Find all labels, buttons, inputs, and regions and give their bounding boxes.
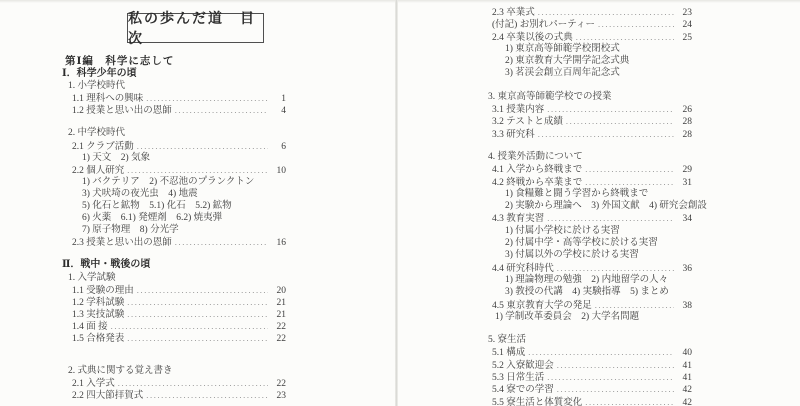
toc-entry: 4.3 教育実習34	[486, 212, 692, 224]
page-number: 42	[677, 397, 692, 406]
toc-sub-items: 6) 火薬 6.1) 発煙剤 6.2) 焼夷弾	[60, 212, 286, 224]
scanned-toc-spread: 私の歩んだ道 目次 第Ⅰ編 科学に志してⅠ．科学少年の頃1. 小学校時代1.1 …	[0, 0, 800, 406]
page-number: 21	[271, 309, 286, 321]
dot-leader	[175, 104, 268, 116]
toc-entry: 5.3 日常生活41	[486, 371, 692, 383]
toc-entry: 1.5 合格発表22	[60, 332, 286, 344]
toc-line-text: 2. 式典に関する覚え書き	[68, 365, 173, 377]
toc-part-heading: 第Ⅰ編 科学に志して	[60, 56, 286, 68]
toc-line-text: 2.1 入学式	[72, 378, 115, 390]
toc-entry: 3.1 授業内容26	[486, 103, 692, 115]
toc-section-heading: 4. 授業外活動について	[486, 151, 692, 163]
spacer	[60, 248, 286, 259]
spacer	[60, 116, 286, 127]
page-number: 25	[677, 32, 692, 44]
toc-sub-items: 3) 犬吠埼の夜光虫 4) 地震	[60, 188, 286, 200]
toc-entry: 2.1 入学式22	[60, 377, 286, 389]
dot-leader	[585, 163, 674, 175]
dot-leader	[137, 284, 268, 296]
page-number: 36	[677, 263, 692, 275]
toc-section-heading: 2. 式典に関する覚え書き	[60, 365, 286, 377]
toc-line-text: 2) 付属中学・高等学校に於ける実習	[505, 237, 658, 249]
spacer	[486, 80, 692, 91]
toc-chapter-heading: Ⅰ．科学少年の頃	[60, 68, 286, 80]
dot-leader	[547, 103, 674, 115]
toc-entry: (付記) お別れパーティー24	[486, 18, 692, 30]
toc-line-text: 3.1 授業内容	[492, 104, 544, 116]
toc-line-text: 1) 学制改革委員会 2) 大学名問題	[495, 311, 639, 323]
toc-line-text: 2.3 授業と思い出の恩師	[72, 237, 172, 249]
page-number: 28	[677, 129, 692, 141]
toc-sub-items: 1) 付属小学校に於ける実習	[486, 225, 692, 237]
toc-section-heading: 1. 小学校時代	[60, 80, 286, 92]
toc-sub-items: 1) 東京高等師範学校閉校式	[486, 43, 692, 55]
toc-left-page-column: 第Ⅰ編 科学に志してⅠ．科学少年の頃1. 小学校時代1.1 理科への興味11.2…	[60, 56, 286, 401]
toc-line-text: 1.2 学科試験	[72, 297, 124, 309]
toc-entry: 4.2 終戦から卒業まで31	[486, 176, 692, 188]
toc-line-text: 2.2 四大節拝賀式	[72, 390, 143, 402]
toc-line-text: 2) 実験から理論へ 3) 外国文献 4) 研究会創設	[505, 200, 707, 212]
toc-entry: 3.3 研究科28	[486, 128, 692, 140]
toc-entry: 1.2 学科試験21	[60, 296, 286, 308]
toc-sub-items: 1) 天文 2) 気象	[60, 152, 286, 164]
page-number: 29	[677, 164, 692, 176]
toc-entry: 4.5 東京教育大学の発足38	[486, 299, 692, 311]
toc-entry: 2.3 授業と思い出の恩師16	[60, 236, 286, 248]
dot-leader	[557, 383, 674, 395]
toc-line-text: 1) 付属小学校に於ける実習	[505, 225, 620, 237]
page-number: 21	[271, 297, 286, 309]
dot-leader	[127, 296, 268, 308]
toc-line-text: 7) 原子物理 8) 分光学	[82, 224, 179, 236]
page-number: 22	[271, 378, 286, 390]
toc-entry: 1.4 面 接22	[60, 320, 286, 332]
toc-line-text: 5.2 入寮歓迎会	[492, 360, 554, 372]
toc-line-text: Ⅰ．科学少年の頃	[62, 68, 137, 80]
toc-entry: 5.1 構成40	[486, 346, 692, 358]
dot-leader	[127, 164, 268, 176]
toc-line-text: 5.3 日常生活	[492, 372, 544, 384]
page-number: 20	[271, 285, 286, 297]
dot-leader	[146, 92, 268, 104]
page-gutter-divider	[395, 0, 398, 406]
spacer	[60, 344, 286, 365]
dot-leader	[127, 308, 268, 320]
toc-sub-items: 3) 茗渓会創立百周年記念式	[486, 67, 692, 79]
dot-leader	[547, 212, 674, 224]
page-number: 31	[677, 177, 692, 189]
toc-sub-items: 7) 原子物理 8) 分光学	[60, 224, 286, 236]
toc-sub-items: 2) 東京教育大学開学記念式典	[486, 55, 692, 67]
page-number: 23	[677, 7, 692, 19]
page-number: 16	[271, 237, 286, 249]
toc-chapter-heading: Ⅱ．戦中・戦後の頃	[60, 259, 286, 271]
page-number: 40	[677, 347, 692, 359]
dot-leader	[127, 332, 268, 344]
toc-line-text: 1) 天文 2) 気象	[82, 152, 150, 164]
toc-line-text: 3. 東京高等師範学校での授業	[488, 91, 612, 103]
dot-leader	[137, 140, 268, 152]
dot-leader	[528, 346, 674, 358]
dot-leader	[538, 128, 674, 140]
toc-line-text: 2. 中学校時代	[68, 127, 125, 139]
toc-line-text: 3.3 研究科	[492, 129, 535, 141]
toc-entry: 2.1 クラブ活動6	[60, 140, 286, 152]
toc-line-text: 3) 教授の代講 4) 実験指導 5) まとめ	[505, 286, 669, 298]
dot-leader	[585, 176, 674, 188]
toc-line-text: 3) 犬吠埼の夜光虫 4) 地震	[82, 188, 198, 200]
toc-entry: 2.4 卒業以後の式典25	[486, 31, 692, 43]
toc-entry: 5.4 寮での学習42	[486, 383, 692, 395]
spacer	[486, 323, 692, 334]
toc-line-text: 1. 入学試験	[68, 272, 116, 284]
toc-section-heading: 2. 中学校時代	[60, 127, 286, 139]
toc-line-text: 1. 小学校時代	[68, 80, 125, 92]
toc-line-text: 1) 東京高等師範学校閉校式	[505, 43, 620, 55]
toc-entry: 3.2 テストと成績28	[486, 115, 692, 127]
toc-line-text: 6) 火薬 6.1) 発煙剤 6.2) 焼夷弾	[82, 212, 222, 224]
toc-line-text: 4.1 入学から終戦まで	[492, 164, 582, 176]
dot-leader	[538, 6, 674, 18]
toc-line-text: 5. 寮生活	[488, 334, 526, 346]
dot-leader	[566, 115, 674, 127]
toc-sub-items: 2) 実験から理論へ 3) 外国文献 4) 研究会創設	[486, 200, 692, 212]
toc-title-box: 私の歩んだ道 目次	[127, 13, 264, 43]
toc-line-text: 1) 食糧難と闘う学習から終戦まで	[505, 188, 648, 200]
toc-line-text: 2.3 卒業式	[492, 7, 535, 19]
dot-leader	[585, 396, 674, 406]
toc-sub-items: 1) 学制改革委員会 2) 大学名問題	[486, 311, 692, 323]
toc-sub-items: 1) 食糧難と闘う学習から終戦まで	[486, 188, 692, 200]
page-number: 23	[271, 390, 286, 402]
toc-entry: 1.1 理科への興味1	[60, 92, 286, 104]
toc-entry: 1.1 受験の理由20	[60, 284, 286, 296]
toc-entry: 5.2 入寮歓迎会41	[486, 359, 692, 371]
page-number: 34	[677, 213, 692, 225]
toc-section-heading: 3. 東京高等師範学校での授業	[486, 91, 692, 103]
toc-line-text: 5.1 構成	[492, 347, 525, 359]
toc-entry: 5.5 寮生活と体質変化42	[486, 396, 692, 406]
toc-sub-items: 1) バクテリア 2) 不忍池のプランクトン	[60, 176, 286, 188]
page-number: 42	[677, 384, 692, 396]
page-number: 6	[271, 141, 286, 153]
toc-entry: 4.1 入学から終戦まで29	[486, 163, 692, 175]
toc-line-text: 1.4 面 接	[72, 321, 108, 333]
toc-sub-items: 2) 付属中学・高等学校に於ける実習	[486, 237, 692, 249]
toc-line-text: 2) 東京教育大学開学記念式典	[505, 55, 629, 67]
toc-sub-items: 3) 付属以外の学校に於ける実習	[486, 249, 692, 261]
dot-leader	[547, 371, 674, 383]
toc-line-text: 1.1 理科への興味	[72, 93, 143, 105]
toc-line-text: 1) バクテリア 2) 不忍池のプランクトン	[82, 176, 254, 188]
dot-leader	[595, 299, 674, 311]
toc-entry: 2.3 卒業式23	[486, 6, 692, 18]
toc-sub-items: 3) 教授の代講 4) 実験指導 5) まとめ	[486, 286, 692, 298]
dot-leader	[557, 262, 674, 274]
toc-line-text: 3) 茗渓会創立百周年記念式	[505, 67, 620, 79]
toc-section-heading: 5. 寮生活	[486, 334, 692, 346]
toc-line-text: 5.4 寮での学習	[492, 384, 554, 396]
page-number: 24	[677, 19, 692, 31]
toc-line-text: 1.5 合格発表	[72, 333, 124, 345]
toc-title: 私の歩んだ道 目次	[128, 8, 263, 48]
toc-right-page-column: 2.3 卒業式23(付記) お別れパーティー242.4 卒業以後の式典251) …	[486, 6, 692, 406]
page-number: 41	[677, 360, 692, 372]
toc-sub-items: 1) 理論物理の勉強 2) 内地留学の人々	[486, 274, 692, 286]
toc-line-text: 1.2 授業と思い出の恩師	[72, 105, 172, 117]
spacer	[486, 140, 692, 151]
dot-leader	[598, 18, 674, 30]
page-number: 41	[677, 372, 692, 384]
toc-line-text: 5) 化石と鉱物 5.1) 化石 5.2) 鉱物	[82, 200, 232, 212]
toc-line-text: 3) 付属以外の学校に於ける実習	[505, 249, 639, 261]
toc-line-text: Ⅱ．戦中・戦後の頃	[62, 259, 150, 271]
toc-section-heading: 1. 入学試験	[60, 272, 286, 284]
toc-entry: 4.4 研究科時代36	[486, 262, 692, 274]
toc-line-text: 1) 理論物理の勉強 2) 内地留学の人々	[505, 274, 668, 286]
page-number: 28	[677, 116, 692, 128]
page-number: 1	[271, 93, 286, 105]
toc-entry: 2.2 四大節拝賀式23	[60, 389, 286, 401]
dot-leader	[146, 389, 268, 401]
page-number: 38	[677, 300, 692, 312]
toc-entry: 1.3 実技試験21	[60, 308, 286, 320]
dot-leader	[175, 236, 268, 248]
page-number: 22	[271, 321, 286, 333]
page-number: 4	[271, 105, 286, 117]
toc-line-text: 4. 授業外活動について	[488, 151, 583, 163]
page-number: 26	[677, 104, 692, 116]
toc-entry: 2.2 個人研究10	[60, 164, 286, 176]
dot-leader	[111, 320, 268, 332]
toc-line-text: 1.1 受験の理由	[72, 285, 134, 297]
page-number: 22	[271, 333, 286, 345]
dot-leader	[118, 377, 268, 389]
dot-leader	[576, 31, 674, 43]
toc-line-text: 5.5 寮生活と体質変化	[492, 397, 582, 406]
dot-leader	[557, 359, 674, 371]
toc-sub-items: 5) 化石と鉱物 5.1) 化石 5.2) 鉱物	[60, 200, 286, 212]
page-number: 10	[271, 165, 286, 177]
toc-entry: 1.2 授業と思い出の恩師4	[60, 104, 286, 116]
toc-line-text: 第Ⅰ編 科学に志して	[65, 56, 174, 68]
